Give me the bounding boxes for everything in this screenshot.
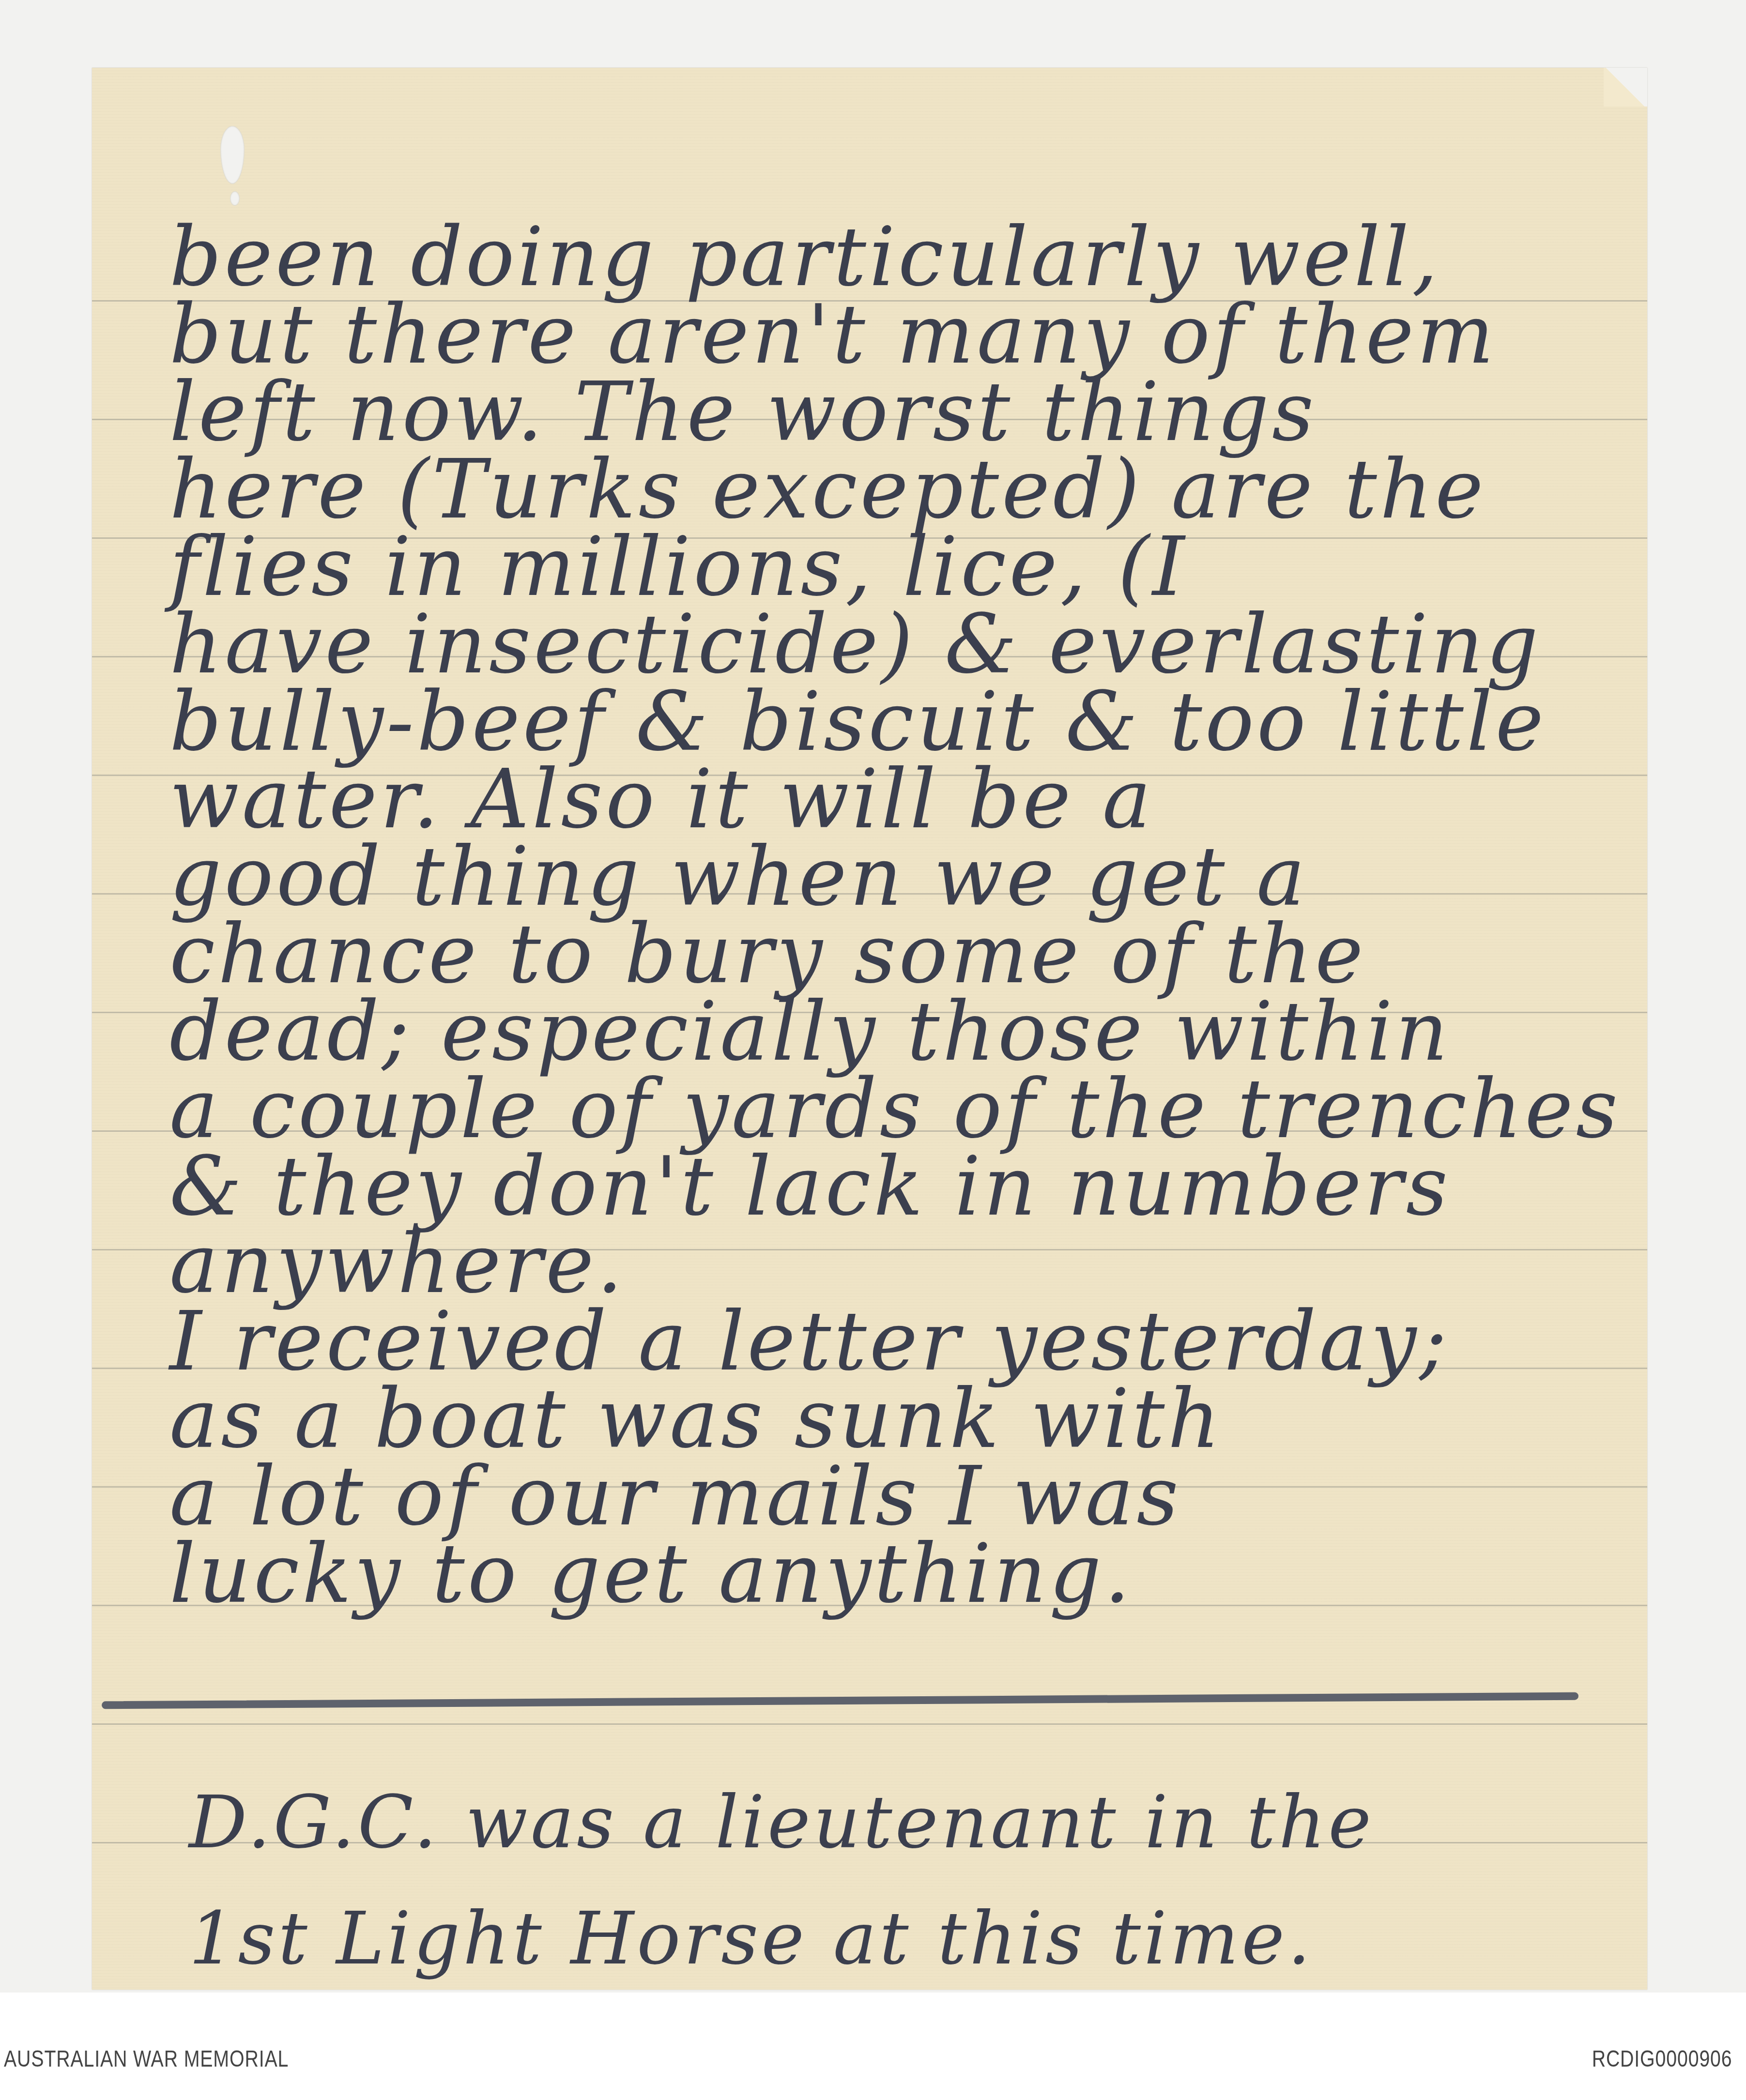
annotation-line: 1st Light Horse at this time. xyxy=(189,1869,1641,1985)
ink-divider-line xyxy=(102,1692,1578,1709)
letter-body: been doing particularly well, but there … xyxy=(169,189,1646,1624)
institution-label: AUSTRALIAN WAR MEMORIAL xyxy=(4,2046,289,2072)
annotation-line: D.G.C. was a lieutenant in the xyxy=(189,1752,1641,1869)
letter-page: been doing particularly well, but there … xyxy=(92,68,1647,1990)
annotation-note: D.G.C. was a lieutenant in the 1st Light… xyxy=(189,1752,1641,1985)
record-id-label: RCDIG0000906 xyxy=(1592,2046,1732,2072)
punch-hole-icon xyxy=(220,126,245,184)
scan-background: been doing particularly well, but there … xyxy=(0,0,1746,1993)
letter-line: lucky to get anything. xyxy=(169,1547,1646,1624)
ruled-line xyxy=(92,1723,1647,1725)
archive-footer: AUSTRALIAN WAR MEMORIAL RCDIG0000906 xyxy=(0,1993,1746,2100)
folded-corner xyxy=(1604,68,1647,107)
